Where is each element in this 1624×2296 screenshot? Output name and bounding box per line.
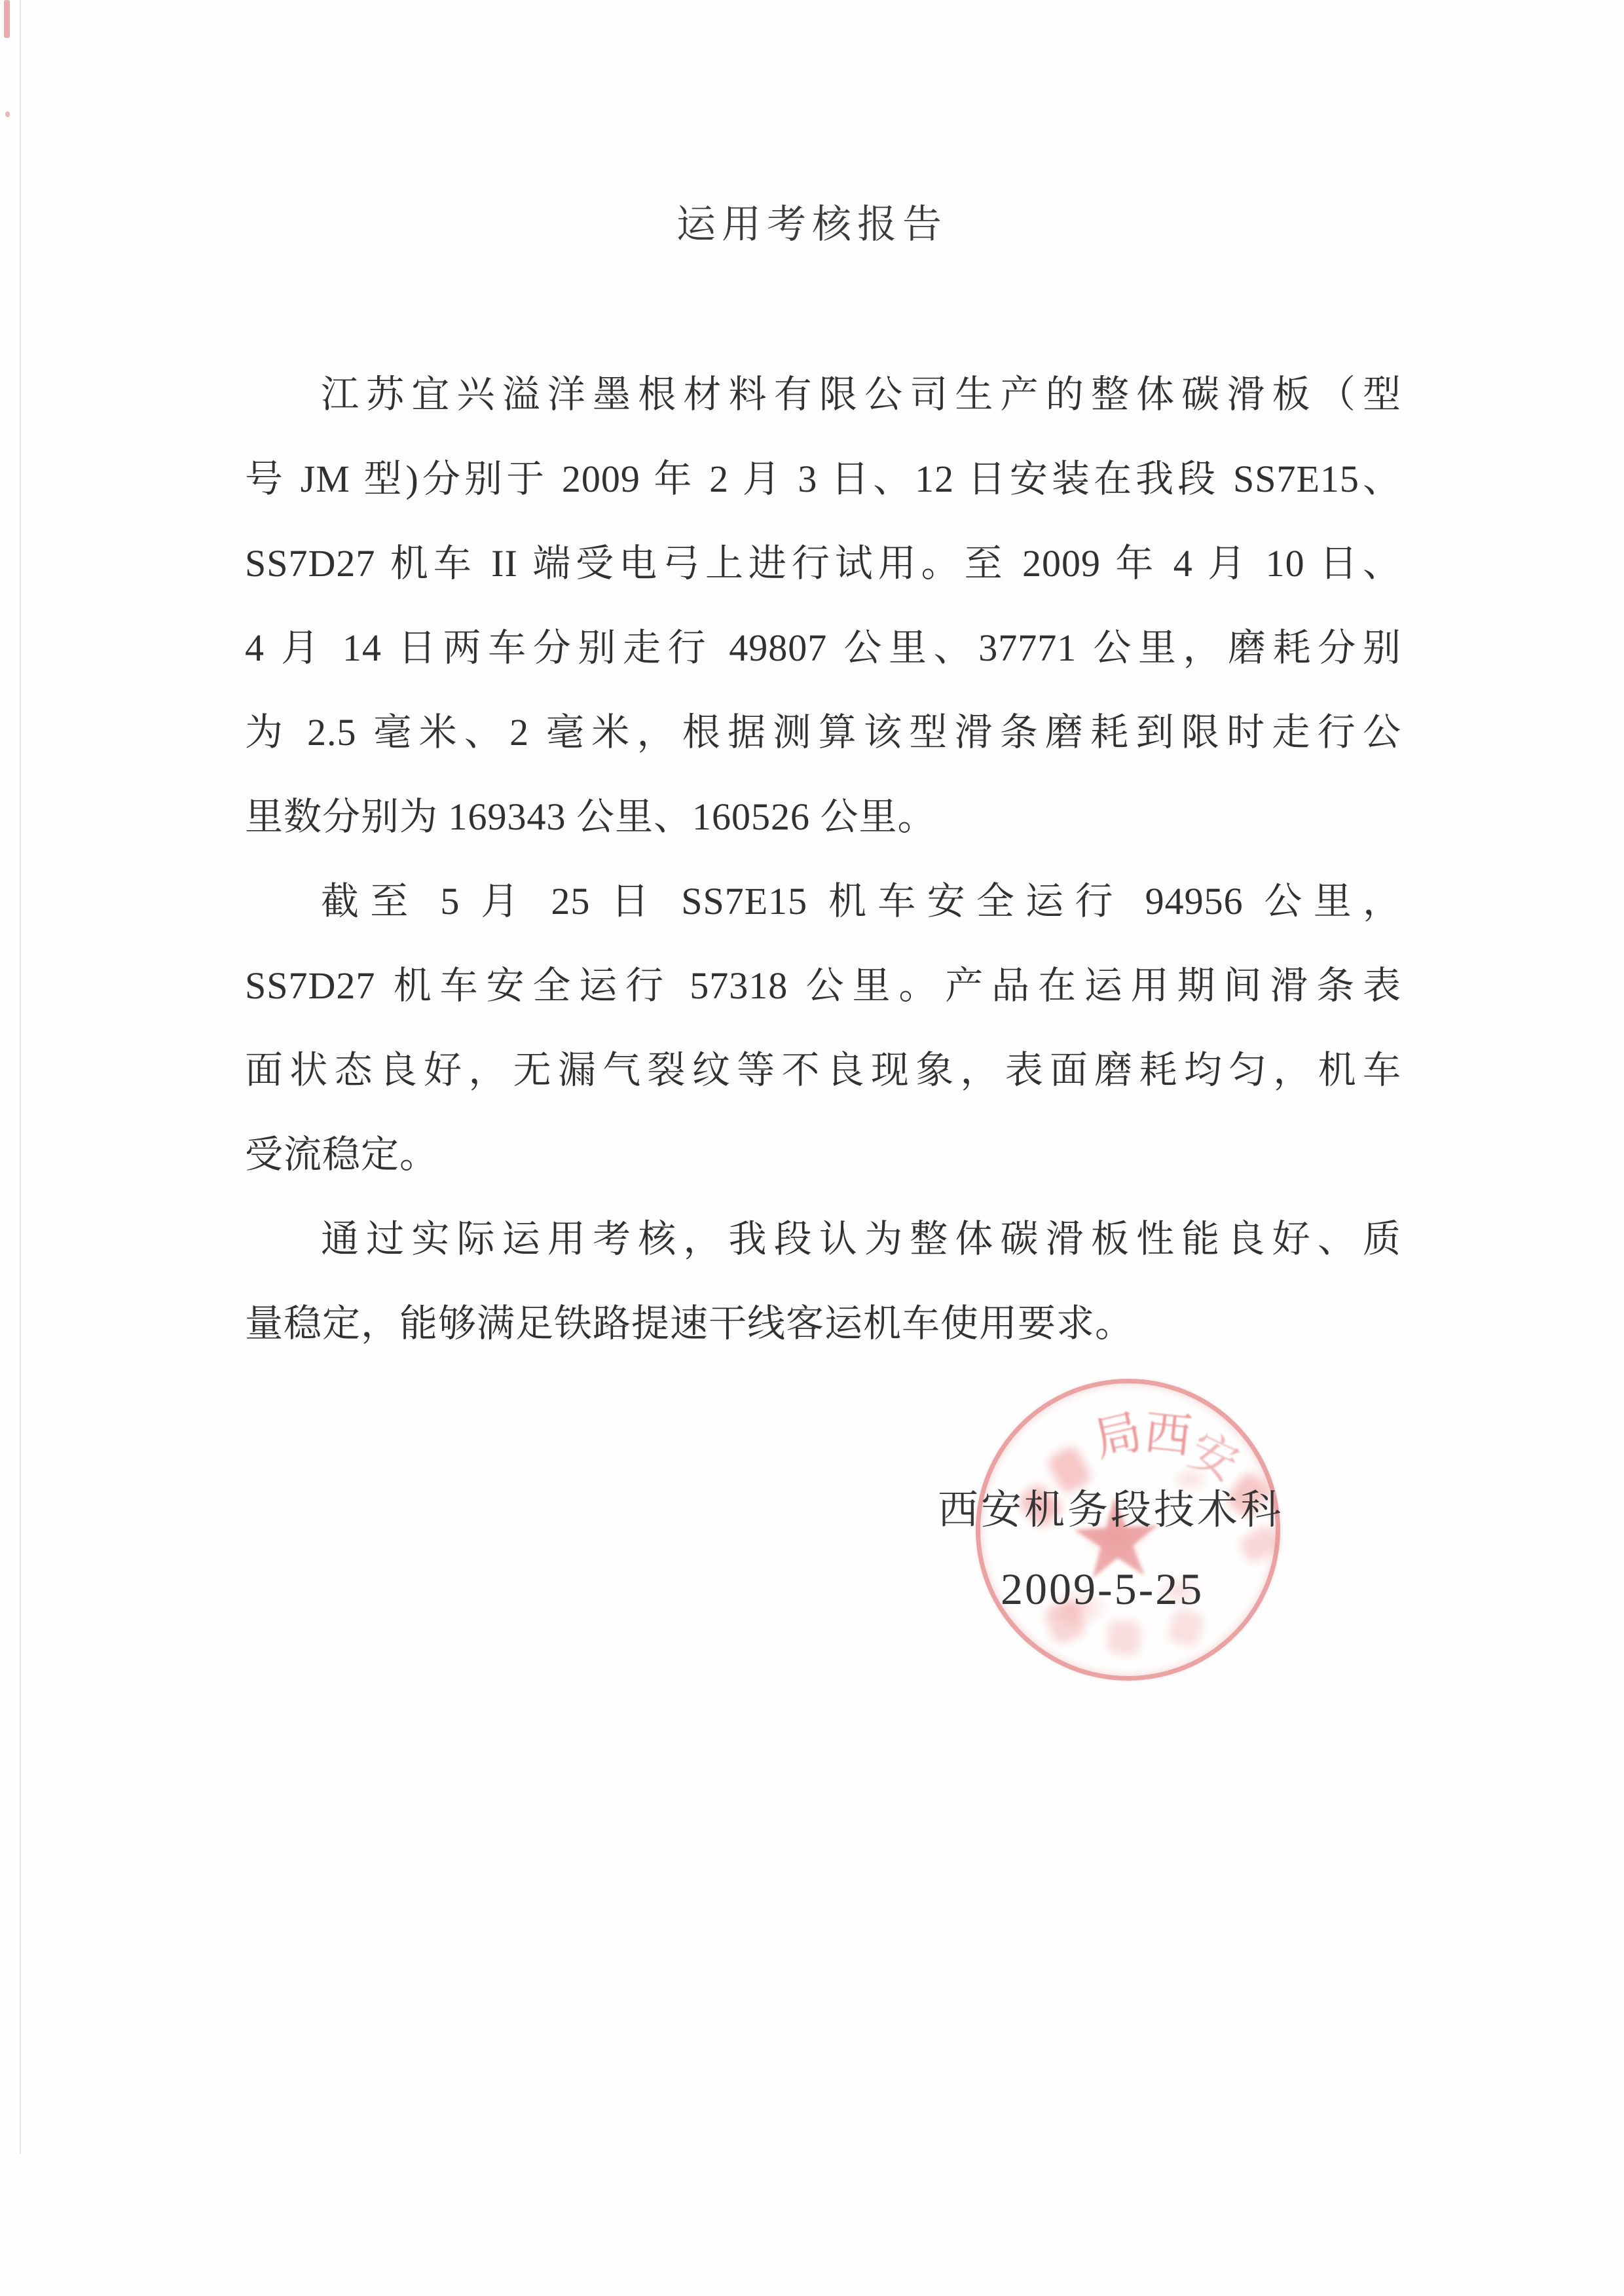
signature-unit: 西安机务段技术科 bbox=[938, 1477, 1283, 1535]
body-line: SS7D27 机车 II 端受电弓上进行试用。至 2009 年 4 月 10 日… bbox=[245, 521, 1401, 606]
body-line: SS7D27 机车安全运行 57318 公里。产品在运用期间滑条表 bbox=[245, 943, 1401, 1028]
body-line: 里数分别为 169343 公里、160526 公里。 bbox=[245, 774, 1401, 859]
scanned-report-page: { "doc": { "title": "运用考核报告", "lines": [… bbox=[0, 0, 1624, 2296]
scan-artifact bbox=[4, 0, 10, 38]
body-line: 为 2.5 毫米、2 毫米，根据测算该型滑条磨耗到限时走行公 bbox=[245, 690, 1401, 774]
body-line: 通过实际运用考核，我段认为整体碳滑板性能良好、质 bbox=[245, 1197, 1401, 1281]
document-body: 江苏宜兴溢洋墨根材料有限公司生产的整体碳滑板（型 号 JM 型)分别于 2009… bbox=[245, 352, 1401, 1366]
scan-artifact bbox=[5, 111, 10, 117]
stamp-arc-glyph: 局 bbox=[1090, 1408, 1146, 1464]
body-line: 面状态良好，无漏气裂纹等不良现象，表面磨耗均匀，机车 bbox=[245, 1028, 1401, 1112]
stamp-blurred-character bbox=[1107, 1620, 1141, 1656]
scan-edge-shadow bbox=[20, 0, 21, 2154]
document-title: 运用考核报告 bbox=[0, 193, 1624, 249]
body-line: 受流稳定。 bbox=[245, 1112, 1401, 1197]
body-line: 号 JM 型)分别于 2009 年 2 月 3 日、12 日安装在我段 SS7E… bbox=[245, 437, 1401, 521]
signature-date: 2009-5-25 bbox=[1001, 1563, 1204, 1615]
body-line: 量稳定，能够满足铁路提速干线客运机车使用要求。 bbox=[245, 1281, 1401, 1366]
stamp-arc-glyph: 西 bbox=[1142, 1409, 1194, 1461]
body-line: 截至 5 月 25 日 SS7E15 机车安全运行 94956 公里， bbox=[245, 859, 1401, 943]
body-line: 4 月 14 日两车分别走行 49807 公里、37771 公里，磨耗分别 bbox=[245, 606, 1401, 690]
body-line: 江苏宜兴溢洋墨根材料有限公司生产的整体碳滑板（型 bbox=[245, 352, 1401, 437]
